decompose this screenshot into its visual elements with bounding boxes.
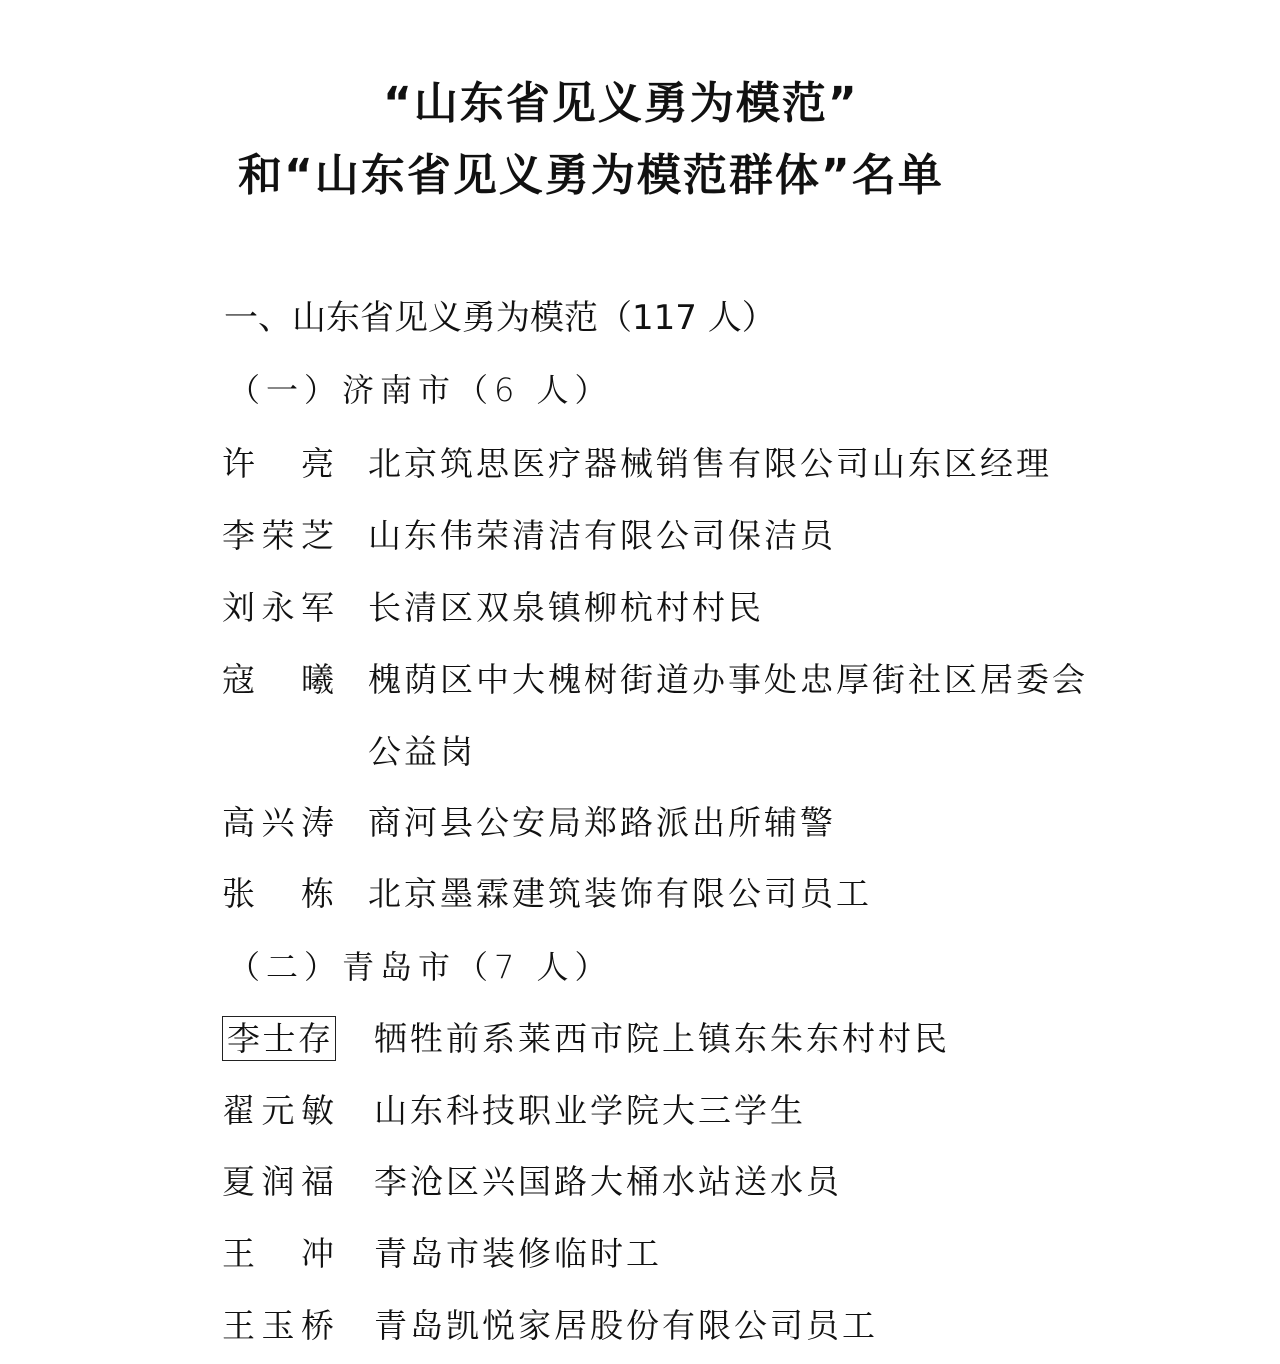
name-char: 敏 — [301, 1094, 334, 1127]
name-char: 夏 — [222, 1165, 255, 1198]
person-description: 青岛市装修临时工 — [374, 1237, 662, 1270]
name-char: 王 — [222, 1309, 255, 1342]
person-description-continued: 公益岗 — [368, 735, 476, 768]
name-char: 寇 — [222, 663, 255, 696]
name-char: 翟 — [222, 1094, 255, 1127]
person-description: 青岛凯悦家居股份有限公司员工 — [374, 1309, 878, 1342]
person-description: 李沧区兴国路大桶水站送水员 — [374, 1165, 842, 1198]
person-name: 王 冲 — [222, 1237, 334, 1270]
name-char: 王 — [222, 1237, 255, 1270]
person-name: 王 玉 桥 — [222, 1309, 334, 1342]
person-description: 山东伟荣清洁有限公司保洁员 — [368, 519, 836, 552]
name-char: 存 — [298, 1022, 331, 1055]
name-char: 刘 — [222, 591, 255, 624]
person-description: 北京墨霖建筑装饰有限公司员工 — [368, 877, 872, 910]
name-char: 涛 — [301, 806, 334, 839]
name-char: 士 — [263, 1022, 296, 1055]
person-name: 刘 永 军 — [222, 591, 334, 624]
person-name: 许 亮 — [222, 447, 334, 480]
person-name-boxed: 李 士 存 — [222, 1016, 336, 1061]
person-description: 牺牲前系莱西市院上镇东朱东村村民 — [374, 1022, 950, 1055]
name-char: 桥 — [301, 1309, 334, 1342]
name-char: 润 — [262, 1165, 295, 1198]
name-char: 亮 — [301, 447, 334, 480]
title-line-1: “山东省见义勇为模范” — [383, 82, 859, 126]
name-char: 永 — [262, 591, 295, 624]
person-name: 翟 元 敏 — [222, 1094, 334, 1127]
name-char: 兴 — [262, 806, 295, 839]
name-char: 冲 — [301, 1237, 334, 1270]
title-line-2: 和“山东省见义勇为模范群体”名单 — [238, 154, 944, 198]
person-name: 高 兴 涛 — [222, 806, 334, 839]
person-description: 山东科技职业学院大三学生 — [374, 1094, 806, 1127]
name-char: 芝 — [301, 519, 334, 552]
person-description: 槐荫区中大槐树街道办事处忠厚街社区居委会 — [368, 663, 1088, 696]
name-char: 荣 — [262, 519, 295, 552]
name-char: 李 — [227, 1022, 260, 1055]
name-char: 张 — [222, 877, 255, 910]
name-char: 军 — [301, 591, 334, 624]
person-name: 夏 润 福 — [222, 1165, 334, 1198]
name-char: 李 — [222, 519, 255, 552]
person-name: 李 荣 芝 — [222, 519, 334, 552]
person-description: 北京筑思医疗器械销售有限公司山东区经理 — [368, 447, 1052, 480]
person-description: 长清区双泉镇柳杭村村民 — [368, 591, 764, 624]
name-char: 元 — [262, 1094, 295, 1127]
person-description: 商河县公安局郑路派出所辅警 — [368, 806, 836, 839]
name-char: 栋 — [301, 877, 334, 910]
person-name: 张 栋 — [222, 877, 334, 910]
name-char: 玉 — [262, 1309, 295, 1342]
name-char: 许 — [222, 447, 255, 480]
section-heading: 一、山东省见义勇为模范（117 人） — [224, 301, 776, 335]
name-char: 曦 — [301, 663, 334, 696]
name-char: 福 — [301, 1165, 334, 1198]
person-name: 寇 曦 — [222, 663, 334, 696]
name-char: 高 — [222, 806, 255, 839]
subsection-heading-jinan: （一）济南市（6 人） — [228, 374, 613, 406]
subsection-heading-qingdao: （二）青岛市（7 人） — [228, 951, 613, 983]
